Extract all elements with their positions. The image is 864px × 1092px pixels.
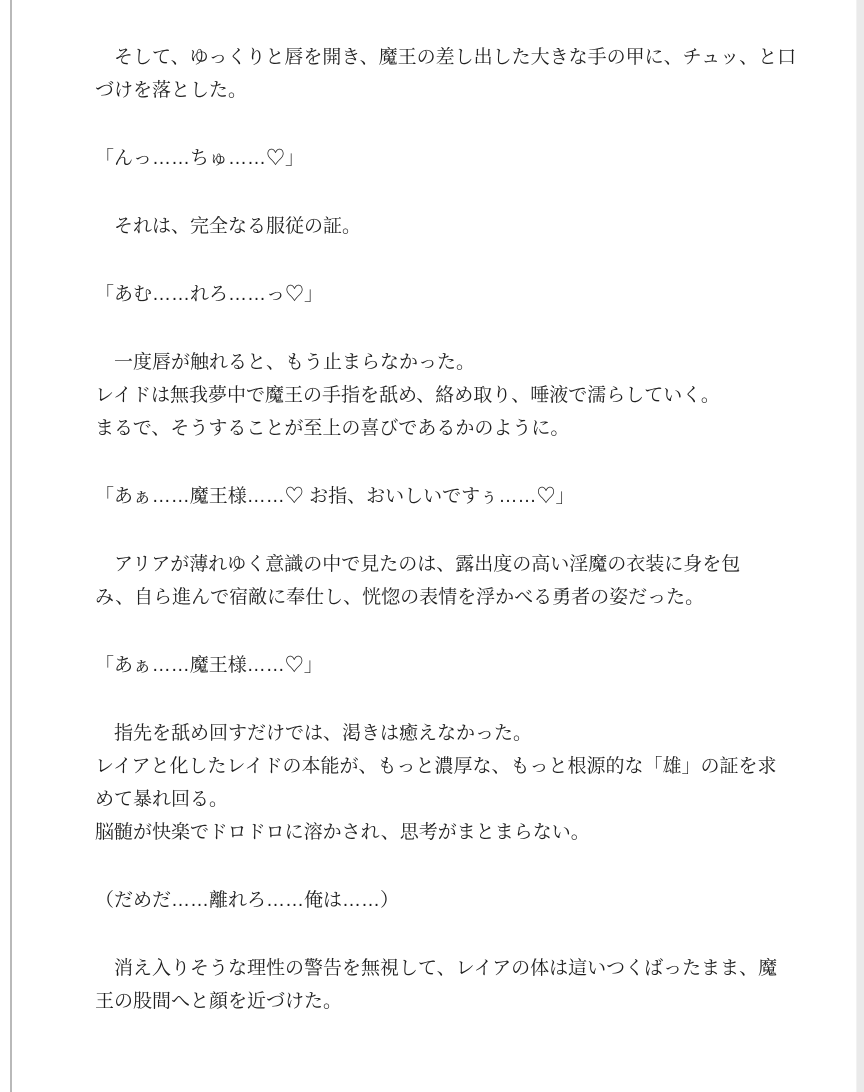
page-left-border-line [10,0,12,1092]
story-text: そして、ゆっくりと唇を開き、魔王の差し出した大きな手の甲に、チュッ、と口 づけを… [95,41,795,1053]
story-paragraph-narrative: 指先を舐め回すだけでは、渇きは癒えなかった。 レイアと化したレイドの本能が、もっ… [95,717,795,849]
story-page: そして、ゆっくりと唇を開き、魔王の差し出した大きな手の甲に、チュッ、と口 づけを… [0,0,864,1092]
story-paragraph-dialogue: 「あぁ……魔王様……♡」 [95,649,795,682]
story-paragraph-narrative: アリアが薄れゆく意識の中で見たのは、露出度の高い淫魔の衣装に身を包 み、自ら進ん… [95,548,795,614]
story-paragraph-dialogue: 「あむ……れろ……っ♡」 [95,278,795,311]
story-paragraph-narrative: 消え入りそうな理性の警告を無視して、レイアの体は這いつくばったまま、魔 王の股間… [95,952,795,1018]
scrollbar-track[interactable] [856,0,864,1092]
story-paragraph-dialogue: 「あぁ……魔王様……♡ お指、おいしいですぅ……♡」 [95,480,795,513]
story-paragraph-narrative: 一度唇が触れると、もう止まらなかった。 レイドは無我夢中で魔王の手指を舐め、絡め… [95,346,795,445]
story-paragraph-dialogue: 「んっ……ちゅ……♡」 [95,142,795,175]
story-paragraph-narrative: それは、完全なる服従の証。 [95,210,795,243]
story-paragraph-monologue: （だめだ……離れろ……俺は……） [95,884,795,917]
story-paragraph-narrative: そして、ゆっくりと唇を開き、魔王の差し出した大きな手の甲に、チュッ、と口 づけを… [95,41,795,107]
